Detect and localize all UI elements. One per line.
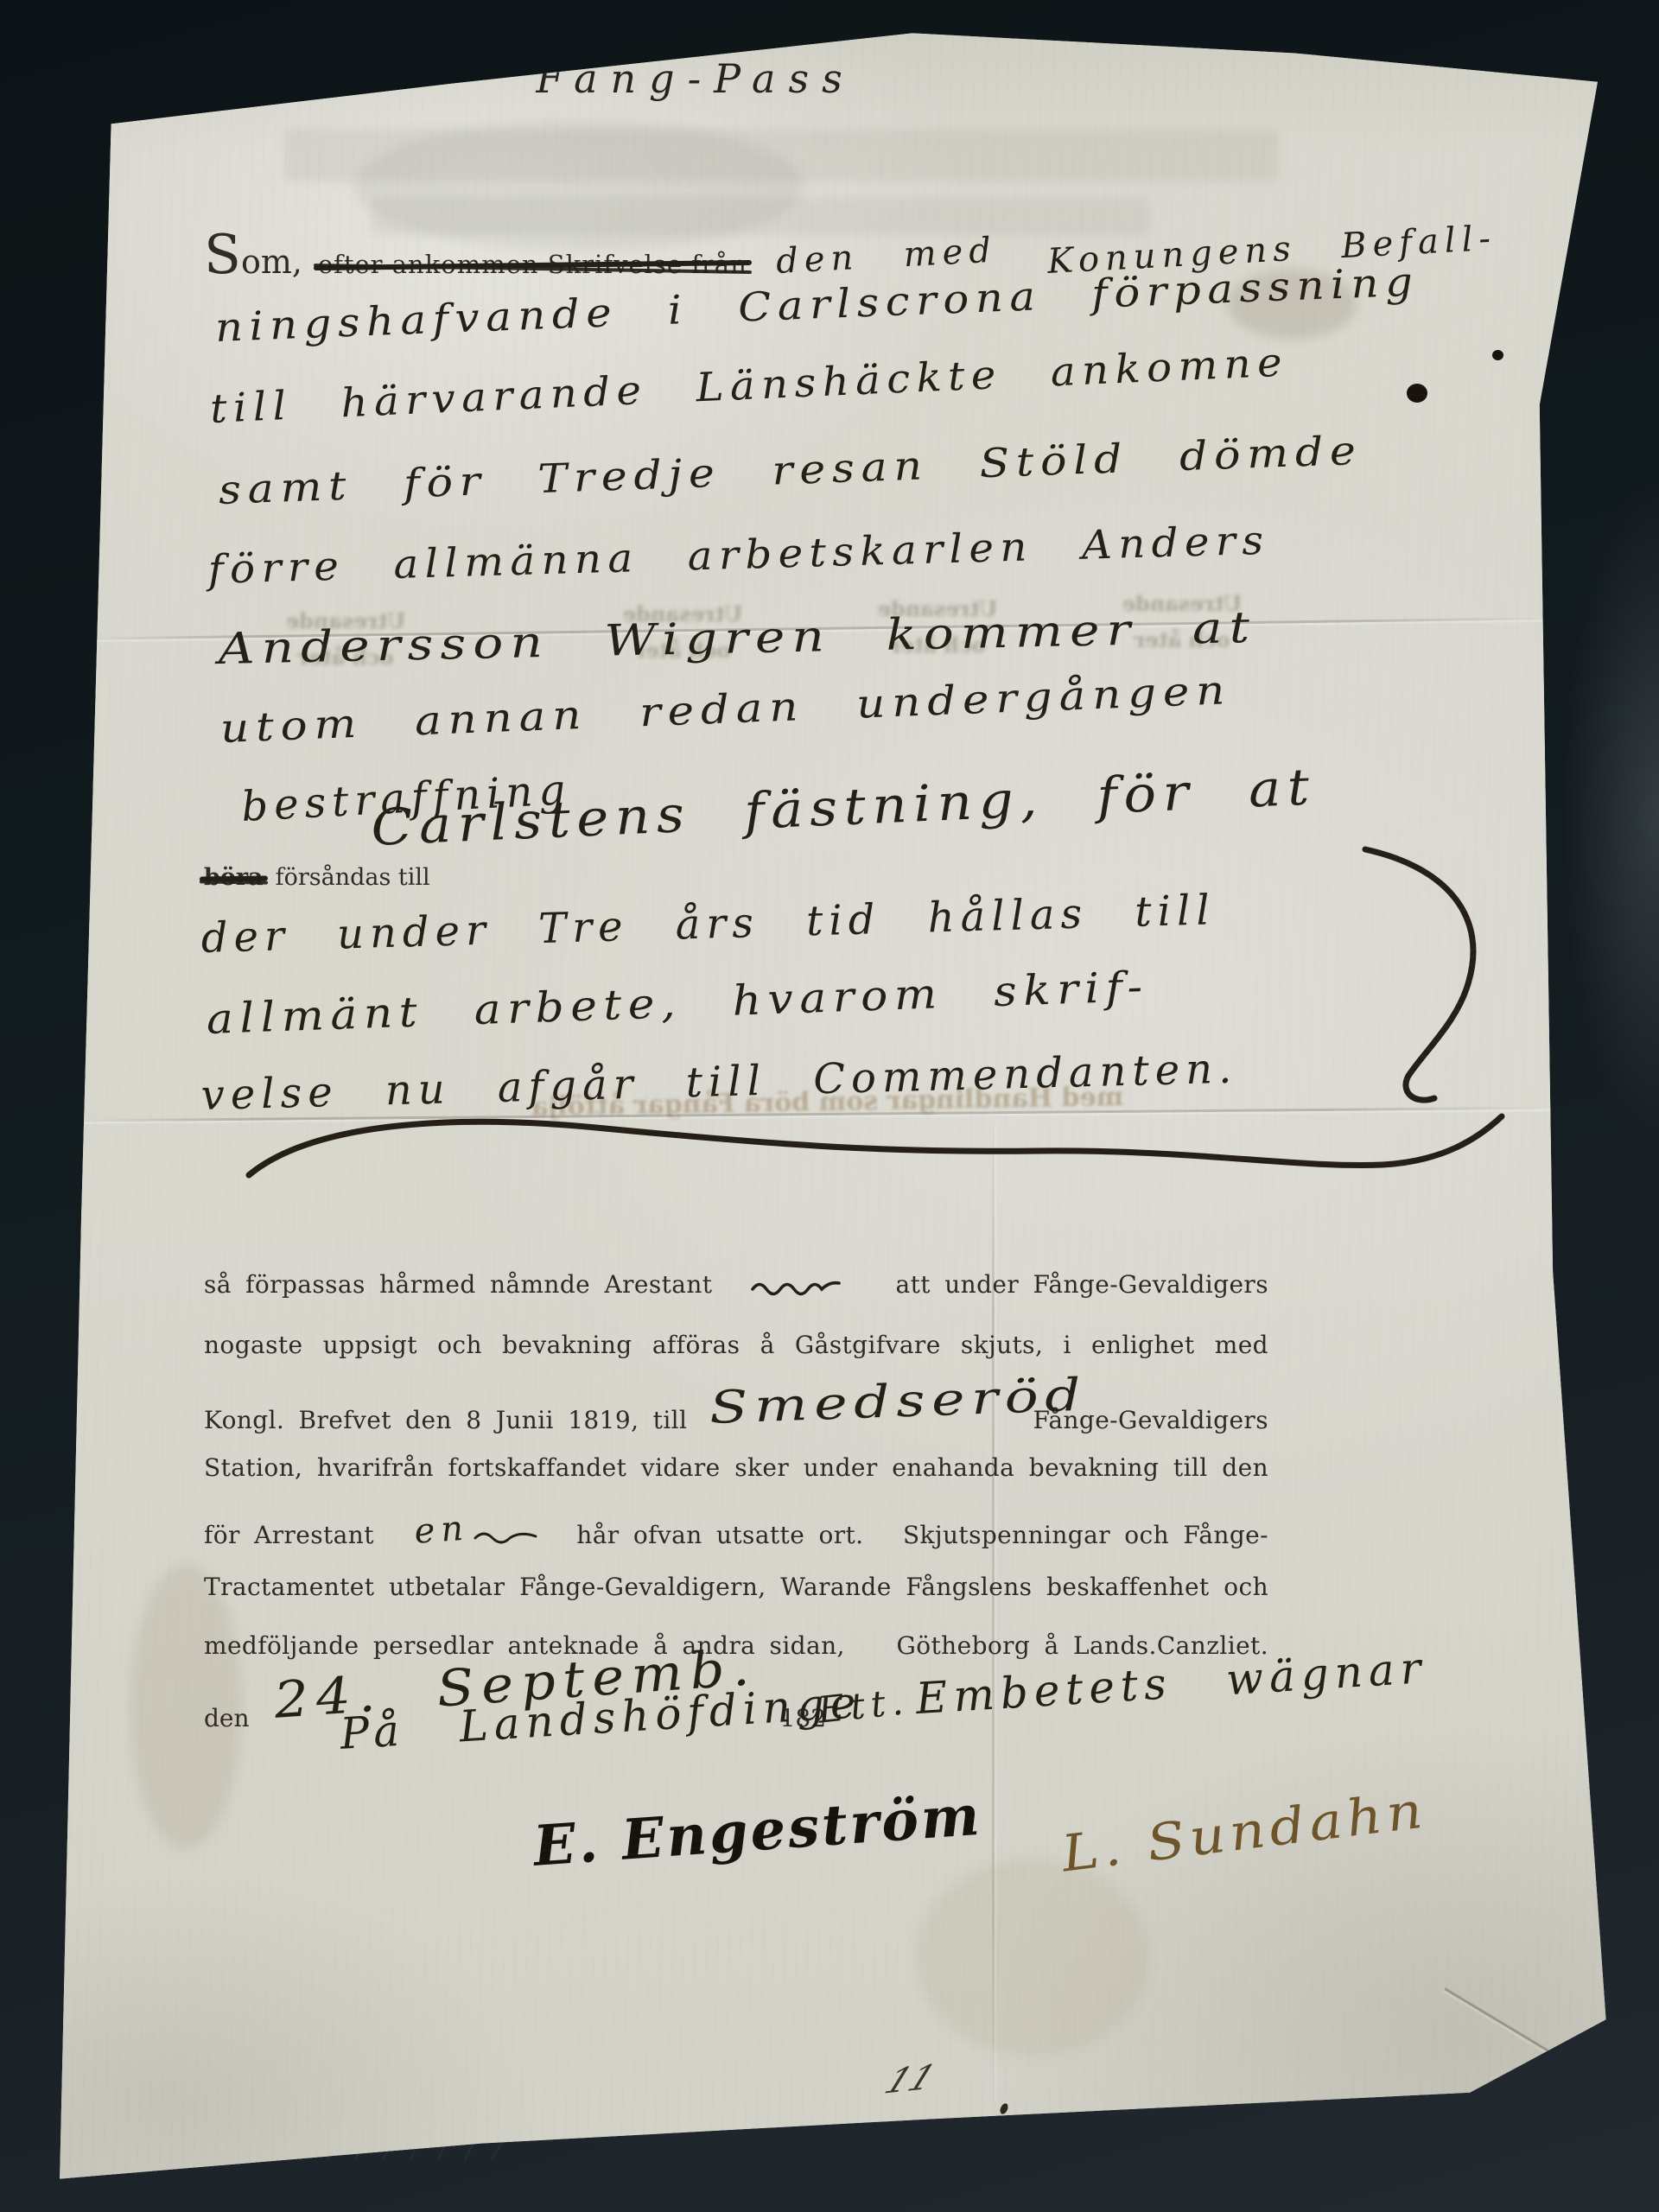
handwriting-line: till härvarande Länshäckte ankomne (209, 339, 1289, 432)
printed-text: så förpassas hårmed nåmnde Arestant (204, 1270, 712, 1299)
document-paper: Utresande och åter Utresande och åter Ut… (0, 0, 1659, 2212)
handwriting-station-name: Smedseröd (709, 1370, 1088, 1434)
showthrough-top-band (285, 130, 1279, 181)
printed-den: den (204, 1704, 250, 1732)
destination-label: böra försåndas till (204, 864, 430, 891)
pen-squiggle-icon (747, 1275, 860, 1298)
struck-printed-text: efter ankommen Skrifvelse från (318, 250, 747, 279)
handwriting-en-insert: en (413, 1512, 537, 1552)
handwriting-den-med: den med (775, 231, 998, 282)
paper-stain (916, 1858, 1149, 2056)
body-line-2: nogaste uppsigt och bevakning afföras å … (204, 1331, 1268, 1359)
body-line-5: för Arrestant en hår ofvan utsatte ort. … (204, 1512, 1268, 1552)
signature-right: L. Sundahn (1058, 1780, 1430, 1883)
printed-som: Som, (204, 223, 302, 286)
printed-text: Skjutspenningar och Fånge- (903, 1521, 1268, 1549)
torn-corner-crease (1444, 1987, 1619, 2094)
pen-squiggle-icon (472, 1528, 541, 1547)
handwriting-line: samt för Tredje resan Stöld dömde (218, 427, 1363, 513)
body-line-3: Kongl. Brefvet den 8 Junii 1819, till Sm… (204, 1388, 1268, 1440)
printed-forsandas-till: försåndas till (276, 864, 430, 891)
body-line-4: Station, hvarifrån fortskaffandet vidare… (204, 1453, 1268, 1482)
body-line-1: så förpassas hårmed nåmnde Arestant att … (204, 1270, 1268, 1299)
handwriting-line: utom annan redan undergången (219, 666, 1232, 752)
body-line-6: Tractamentet utbetalar Fånge-Gevaldigern… (204, 1573, 1268, 1601)
handwriting-line: förre allmänna arbetskarlen Anders (207, 517, 1270, 593)
handwriting-line: Andersson Wigren kommer at (218, 602, 1257, 674)
ink-speck (999, 2102, 1010, 2115)
printed-text: att under Fånge-Gevaldigers (896, 1270, 1268, 1299)
handwriting-destination: der under Tre års tid hållas till (200, 886, 1216, 963)
bottom-margin-mark: 11 (879, 2057, 942, 2101)
printed-text: hår ofvan utsatte ort. (576, 1521, 863, 1549)
printed-text: Kongl. Brefvet den 8 Junii 1819, till (204, 1406, 687, 1434)
photo-of-document: Utresande och åter Utresande och åter Ut… (0, 0, 1659, 2212)
ink-dot (1407, 384, 1427, 403)
pen-flourish-curl (1331, 842, 1521, 1128)
handwriting-destination: velse nu afgår till Commendanten. (200, 1045, 1238, 1120)
struck-bora: böra (204, 864, 264, 891)
signature-left: E. Engeström (531, 1783, 984, 1879)
handwriting-destination: allmänt arbete, hvarom skrif- (206, 963, 1149, 1044)
ink-dot (1492, 350, 1503, 360)
printed-text: för Arrestant (204, 1521, 374, 1549)
document-title: Fång-Pass (505, 55, 886, 102)
handwriting-en: en (413, 1509, 470, 1552)
background-light-patch (1564, 484, 1659, 1141)
